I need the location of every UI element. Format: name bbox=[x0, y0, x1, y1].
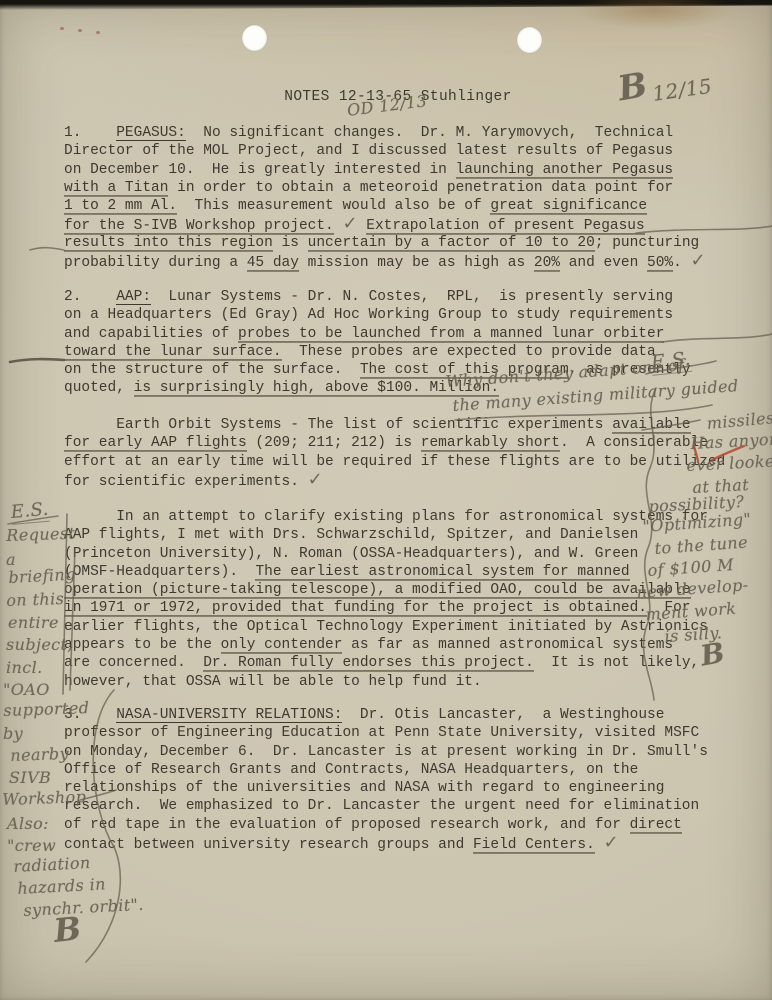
typed-text: for scientific experiments. bbox=[64, 474, 308, 490]
margin-note-left: by bbox=[3, 724, 23, 743]
typed-text: These probes are expected to provide dat… bbox=[282, 344, 656, 360]
check-mark: ✓ bbox=[604, 832, 619, 853]
typed-line: however, that OSSA will be able to help … bbox=[64, 673, 754, 691]
check-mark: ✓ bbox=[308, 469, 323, 490]
margin-note-right: missiles? bbox=[706, 407, 772, 433]
check-mark: ✓ bbox=[342, 213, 357, 234]
underlined-text: remarkably short bbox=[421, 435, 560, 452]
typed-line: Office of Research Grants and Contracts,… bbox=[64, 761, 754, 779]
typed-line: 1. PEGASUS: No significant changes. Dr. … bbox=[64, 124, 754, 142]
typed-text: Earth Orbit Systems - The list of scient… bbox=[64, 417, 612, 433]
typed-text bbox=[358, 218, 367, 234]
underlined-text: AAP: bbox=[116, 289, 151, 306]
typed-text: Director of the MOL Project, and I discu… bbox=[64, 143, 673, 159]
typed-text: on a Headquarters (Ed Gray) Ad Hoc Worki… bbox=[64, 307, 673, 323]
typed-line: results into this region is uncertain by… bbox=[64, 234, 754, 252]
margin-note-left: nearby bbox=[10, 744, 69, 765]
margin-note-left: supported bbox=[3, 698, 90, 720]
typed-line: and capabilities of probes to be launche… bbox=[64, 325, 754, 343]
underlined-text: uncertain by a factor of 10 to 20 bbox=[308, 235, 595, 252]
scanned-memo-page: NOTES 12-13-65 Stuhlinger 1. PEGASUS: No… bbox=[0, 0, 772, 1000]
typed-text: No significant changes. Dr. M. Yarymovyc… bbox=[186, 125, 673, 141]
margin-note-left: "crew bbox=[7, 836, 56, 855]
margin-note-left: on this bbox=[6, 589, 65, 610]
margin-note-left: hazards in bbox=[17, 874, 106, 898]
underlined-text: available bbox=[612, 417, 690, 434]
typed-line: Director of the MOL Project, and I discu… bbox=[64, 142, 754, 160]
typed-text: Dr. Otis Lancaster, a Westinghouse bbox=[342, 707, 664, 723]
margin-initials-es-left: E.S. bbox=[10, 499, 50, 525]
typed-text: appears to be the bbox=[64, 637, 221, 653]
typed-text: quoted, bbox=[64, 380, 134, 396]
typed-text: and even bbox=[560, 255, 647, 271]
margin-note-left: incl. bbox=[6, 658, 43, 677]
typed-line: 1 to 2 mm Al. This measurement would als… bbox=[64, 197, 754, 215]
typed-text bbox=[595, 837, 604, 853]
typed-text: ; puncturing bbox=[595, 235, 699, 251]
underlined-text: PEGASUS: bbox=[116, 125, 186, 142]
typed-text: of red tape in the evaluation of propose… bbox=[64, 817, 630, 833]
typed-line: on Monday, December 6. Dr. Lancaster is … bbox=[64, 743, 754, 761]
typed-text: . A considerable bbox=[560, 435, 708, 451]
underlined-text: is surprisingly high, above $100. Millio… bbox=[134, 380, 499, 397]
check-mark: ✓ bbox=[691, 250, 706, 271]
typed-line: for scientific experiments. ✓ bbox=[64, 471, 754, 489]
typed-line: contact between university research grou… bbox=[64, 834, 754, 852]
typed-text: on December 10. He is greatly interested… bbox=[64, 162, 456, 178]
typed-line: relationships of the universities and NA… bbox=[64, 779, 754, 797]
underlined-text: for early AAP flights bbox=[64, 435, 247, 452]
paper-speck bbox=[78, 29, 82, 32]
margin-note-left: SIVB bbox=[9, 768, 51, 787]
underlined-text: 1 to 2 mm Al. bbox=[64, 198, 177, 215]
typed-text: in order to obtain a meteoroid penetrati… bbox=[168, 180, 673, 196]
typed-line: on a Headquarters (Ed Gray) Ad Hoc Worki… bbox=[64, 306, 754, 324]
typed-text: This measurement would also be of bbox=[177, 198, 490, 214]
paper-speck bbox=[60, 27, 64, 30]
typed-line: with a Titan in order to obtain a meteor… bbox=[64, 179, 754, 197]
underlined-text: The earliest astronomical system for man… bbox=[255, 564, 629, 581]
typed-text: (OMSF-Headquarters). bbox=[64, 564, 255, 580]
typed-text: 2. bbox=[64, 289, 116, 305]
pencil-initial-b-bottom: B bbox=[52, 909, 83, 950]
margin-note-right: Has anyone bbox=[690, 429, 772, 453]
typed-text: Office of Research Grants and Contracts,… bbox=[64, 762, 638, 778]
pencil-initial-b-right: B bbox=[698, 636, 727, 673]
underlined-text: for the S-IVB Workshop project. bbox=[64, 218, 334, 235]
underlined-text: Dr. Roman fully endorses this project. bbox=[203, 655, 534, 672]
margin-note-right: ever looked bbox=[686, 451, 772, 475]
margin-note-left: entire bbox=[8, 613, 59, 632]
underlined-text: great significance bbox=[490, 198, 647, 215]
margin-note-left: "OAO bbox=[3, 680, 50, 699]
typed-text: 1. bbox=[64, 125, 116, 141]
typed-line: for early AAP flights (209; 211; 212) is… bbox=[64, 434, 754, 452]
underlined-text: probes to be launched from a manned luna… bbox=[238, 326, 664, 343]
typed-line: are concerned. Dr. Roman fully endorses … bbox=[64, 654, 754, 672]
underlined-text: 50% bbox=[647, 255, 673, 272]
typed-line: Earth Orbit Systems - The list of scient… bbox=[64, 416, 754, 434]
margin-note-left: Also: bbox=[7, 814, 49, 833]
underlined-text: Extrapolation of present Pegasus bbox=[366, 218, 644, 235]
typed-line: of red tape in the evaluation of propose… bbox=[64, 816, 754, 834]
typed-text: earlier flights, the Optical Technology … bbox=[64, 619, 708, 635]
pencil-underline-tail-results bbox=[30, 248, 64, 250]
pencil-initial-b-top: B bbox=[615, 65, 650, 109]
hole-punch-right bbox=[517, 27, 542, 53]
underlined-text: in 1971 or 1972, provided that funding f… bbox=[64, 600, 647, 617]
typed-text: It is not likely, bbox=[534, 655, 699, 671]
typed-text: Lunar Systems - Dr. N. Costes, RPL, is p… bbox=[151, 289, 673, 305]
typed-line: on December 10. He is greatly interested… bbox=[64, 161, 754, 179]
underlined-text: operation (picture-taking telescope), a … bbox=[64, 582, 691, 599]
paragraph-aap-earth-orbit: Earth Orbit Systems - The list of scient… bbox=[64, 416, 754, 489]
typed-text: In an attempt to clarify existing plans … bbox=[64, 509, 708, 525]
typed-text: as far as manned astronomical systems bbox=[342, 637, 673, 653]
typed-text: however, that OSSA will be able to help … bbox=[64, 674, 482, 690]
hole-punch-left bbox=[242, 25, 267, 51]
margin-note-left: subject, bbox=[6, 635, 73, 654]
underlined-text: Field Centers. bbox=[473, 837, 595, 854]
paper-stain bbox=[575, 0, 735, 30]
pencil-underline-tail-toward bbox=[10, 359, 64, 362]
typed-line: probability during a 45 day mission may … bbox=[64, 252, 754, 270]
paragraph-nasa-university: 3. NASA-UNIVERSITY RELATIONS: Dr. Otis L… bbox=[64, 706, 754, 852]
typed-text: on the structure of the surface. bbox=[64, 362, 360, 378]
underlined-text: 20% bbox=[534, 255, 560, 272]
underlined-text: 45 day bbox=[247, 255, 299, 272]
typed-text: professor of Engineering Education at Pe… bbox=[64, 725, 699, 741]
typed-line: for the S-IVB Workshop project. ✓ Extrap… bbox=[64, 215, 754, 233]
typed-line: effort at an early time will be required… bbox=[64, 453, 754, 471]
margin-note-left: synchr. orbit". bbox=[23, 895, 144, 920]
typed-text: probability during a bbox=[64, 255, 247, 271]
underlined-text: results into this region bbox=[64, 235, 273, 252]
margin-note-left: briefing bbox=[8, 564, 76, 586]
underlined-text: with a Titan bbox=[64, 180, 168, 197]
typed-text: (209; 211; 212) is bbox=[247, 435, 421, 451]
typed-text: on Monday, December 6. Dr. Lancaster is … bbox=[64, 744, 708, 760]
typed-line: research. We emphasized to Dr. Lancaster… bbox=[64, 797, 754, 815]
margin-note-left: Workshop bbox=[2, 787, 87, 809]
typed-text: (Princeton University), N. Roman (OSSA-H… bbox=[64, 546, 638, 562]
underlined-text: direct bbox=[630, 817, 682, 834]
typed-text: effort at an early time will be required… bbox=[64, 454, 725, 470]
typed-text: is bbox=[273, 235, 308, 251]
typed-line: professor of Engineering Education at Pe… bbox=[64, 724, 754, 742]
typed-text: relationships of the universities and NA… bbox=[64, 780, 664, 796]
typed-text: contact between university research grou… bbox=[64, 837, 473, 853]
paragraph-pegasus: 1. PEGASUS: No significant changes. Dr. … bbox=[64, 124, 754, 270]
underlined-text: launching another Pegasus bbox=[456, 162, 674, 179]
typed-line: 3. NASA-UNIVERSITY RELATIONS: Dr. Otis L… bbox=[64, 706, 754, 724]
underlined-text: NASA-UNIVERSITY RELATIONS: bbox=[116, 707, 342, 724]
typed-line: appears to be the only contender as far … bbox=[64, 636, 754, 654]
typed-text: AAP flights, I met with Drs. Schwarzschi… bbox=[64, 527, 638, 543]
typed-text: mission may be as high as bbox=[299, 255, 534, 271]
typed-text: and capabilities of bbox=[64, 326, 238, 342]
underlined-text: only contender bbox=[221, 637, 343, 654]
margin-note-left: Request bbox=[6, 524, 76, 545]
typed-text: . bbox=[673, 255, 690, 271]
typed-line: 2. AAP: Lunar Systems - Dr. N. Costes, R… bbox=[64, 288, 754, 306]
margin-note-left: radiation bbox=[13, 853, 91, 876]
typed-text: research. We emphasized to Dr. Lancaster… bbox=[64, 798, 699, 814]
margin-note-left: a bbox=[6, 550, 16, 569]
typed-text: are concerned. bbox=[64, 655, 203, 671]
paper-speck bbox=[96, 31, 100, 34]
underlined-text: toward the lunar surface. bbox=[64, 344, 282, 361]
